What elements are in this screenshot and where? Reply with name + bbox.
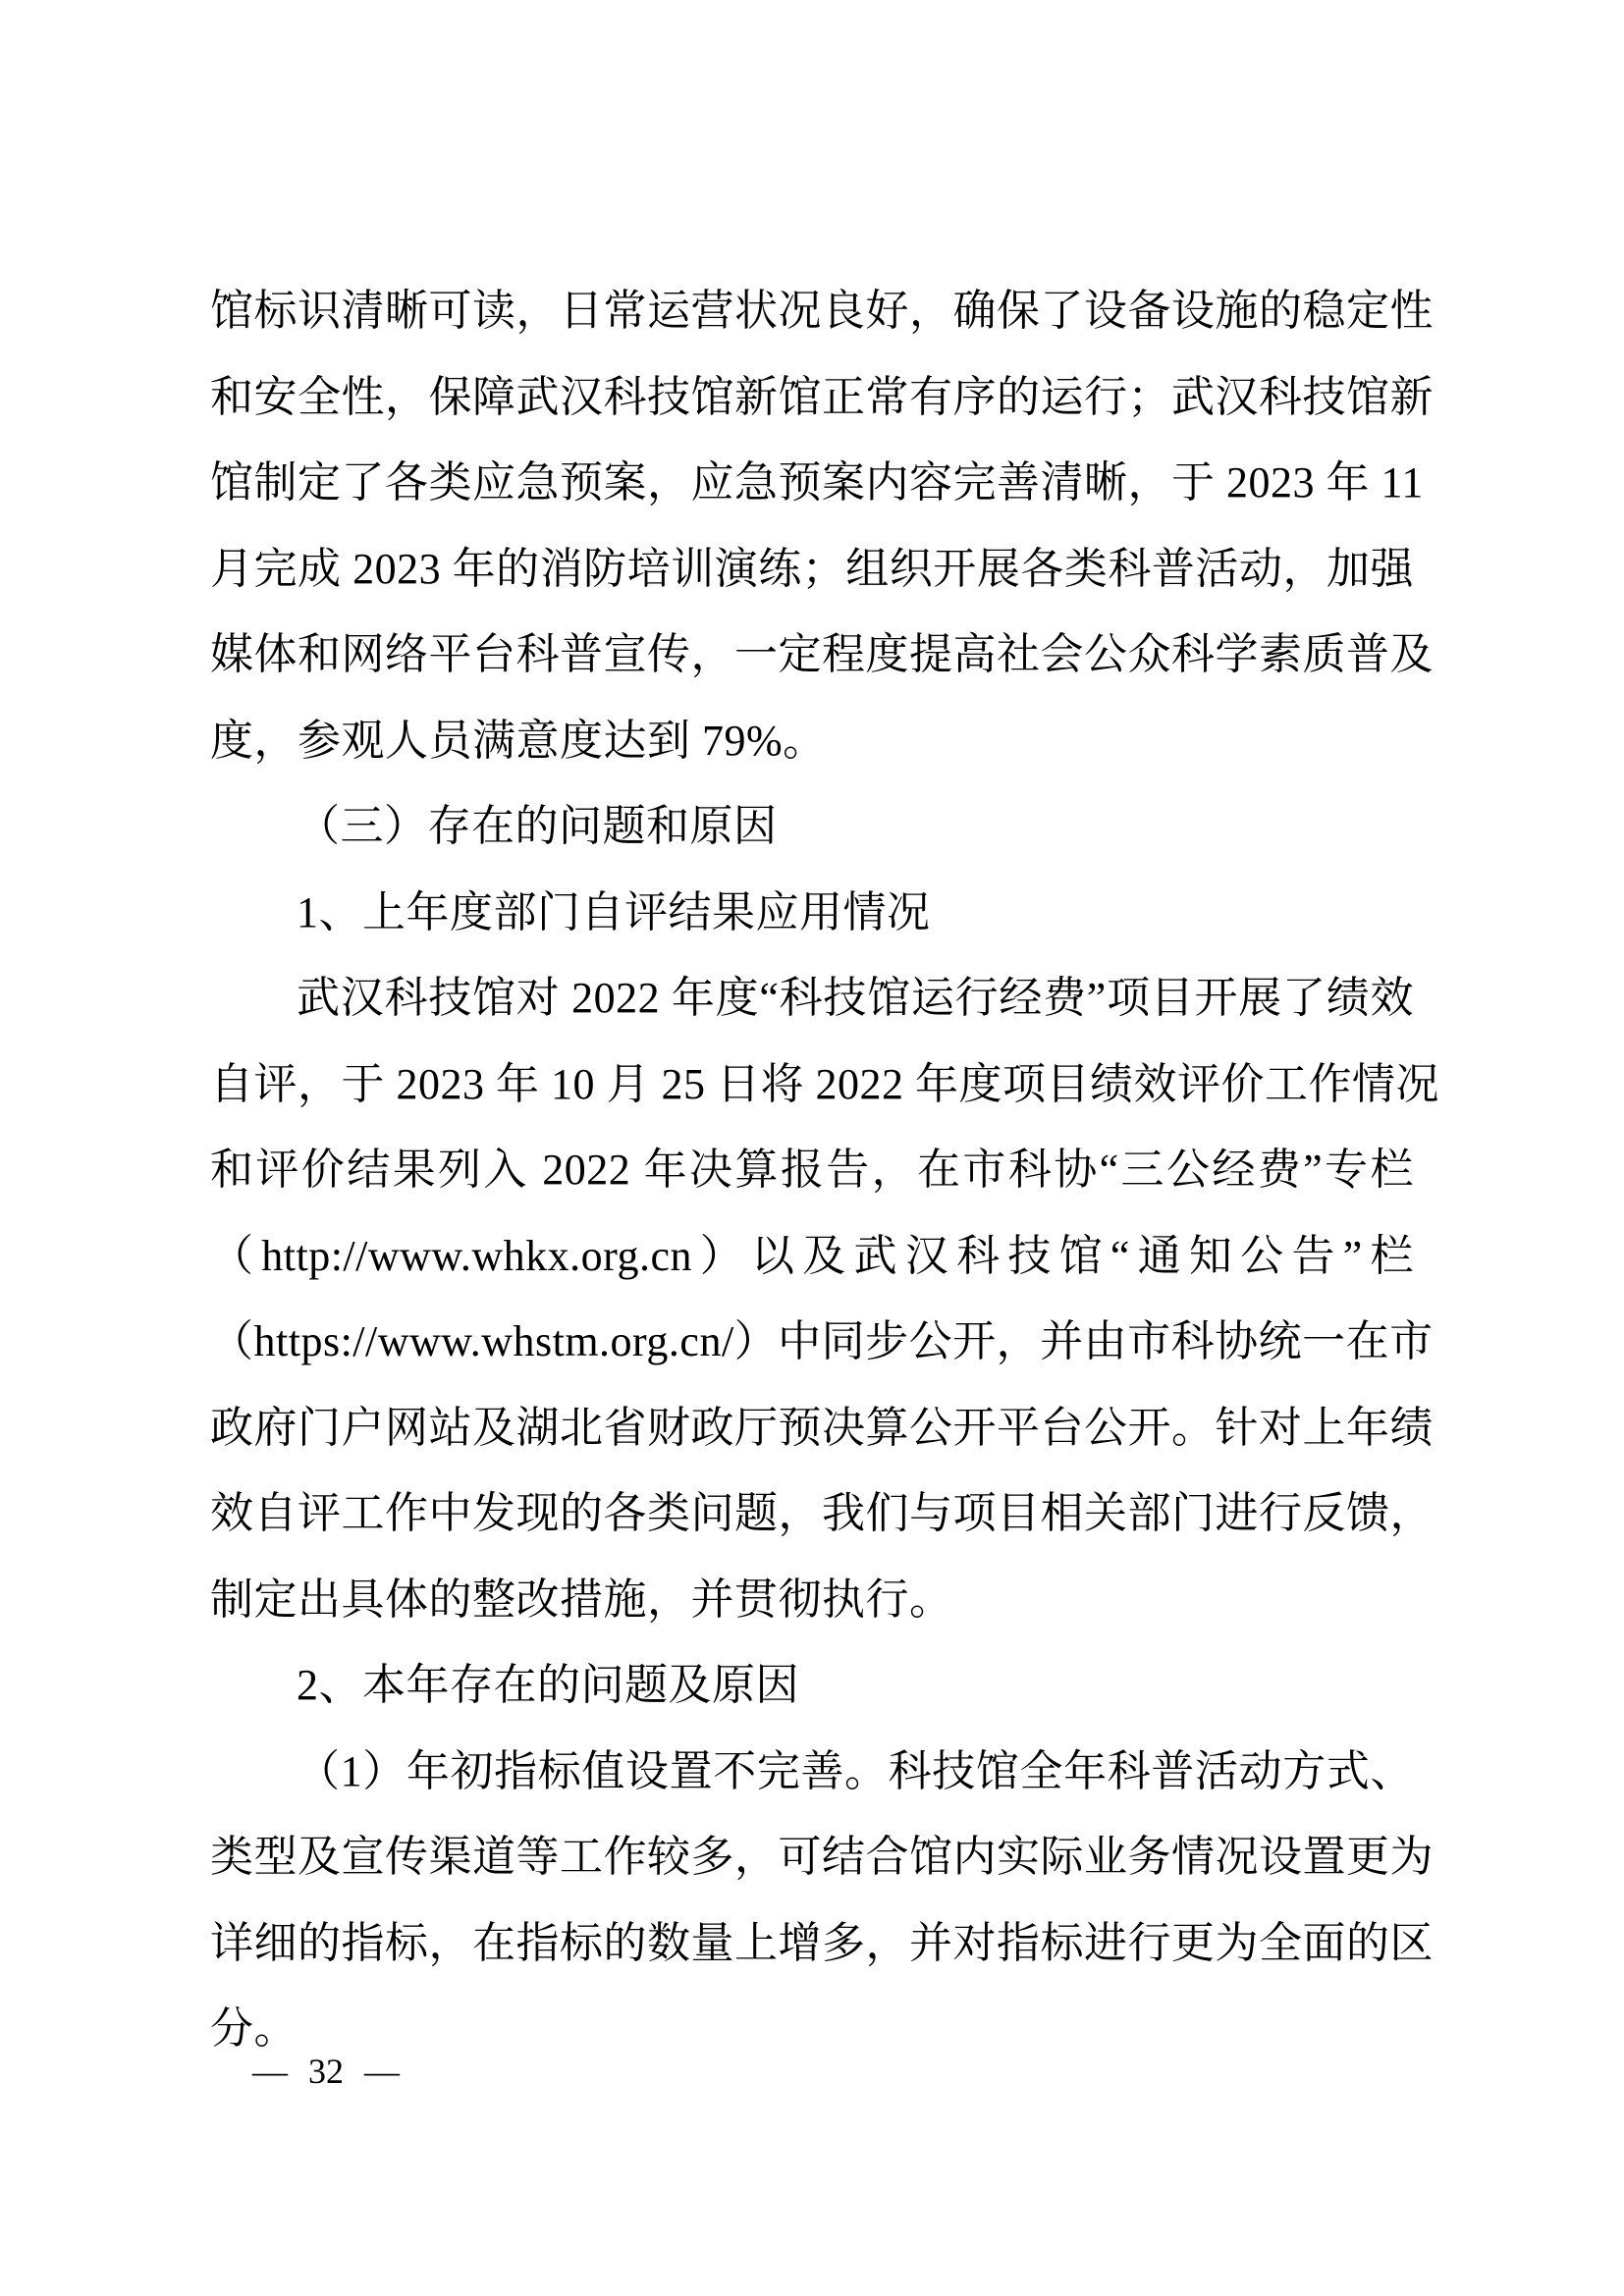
text-line-url: （http://www.whkx.org.cn）以及武汉科技馆“通知公告”栏 [210,1213,1414,1300]
text-line: 类型及宣传渠道等工作较多，可结合馆内实际业务情况设置更为 [210,1814,1414,1900]
text-line: 和安全性，保障武汉科技馆新馆正常有序的运行；武汉科技馆新 [210,354,1414,441]
section-heading: （三）存在的问题和原因 [210,783,1414,870]
subsection-heading: 1、上年度部门自评结果应用情况 [210,870,1414,956]
text-line: 馆标识清晰可读，日常运营状况良好，确保了设备设施的稳定性 [210,268,1414,354]
body-text-block: 馆标识清晰可读，日常运营状况良好，确保了设备设施的稳定性 和安全性，保障武汉科技… [210,268,1414,2072]
text-line: 自评，于 2023 年 10 月 25 日将 2022 年度项目绩效评价工作情况 [210,1041,1414,1128]
text-line: （1）年初指标值设置不完善。科技馆全年科普活动方式、 [210,1729,1414,1815]
document-page: 馆标识清晰可读，日常运营状况良好，确保了设备设施的稳定性 和安全性，保障武汉科技… [0,0,1624,2296]
subsection-heading: 2、本年存在的问题及原因 [210,1642,1414,1729]
text-line: 媒体和网络平台科普宣传，一定程度提高社会公众科学素质普及 [210,612,1414,698]
text-line: 度，参观人员满意度达到 79%。 [210,698,1414,784]
text-line: 馆制定了各类应急预案，应急预案内容完善清晰，于 2023 年 11 [210,440,1414,526]
text-line: 详细的指标，在指标的数量上增多，并对指标进行更为全面的区 [210,1900,1414,1987]
page-number: — 32 — [252,2050,400,2093]
text-line: 和评价结果列入 2022 年决算报告，在市科协“三公经费”专栏 [210,1127,1414,1213]
text-line: 政府门户网站及湖北省财政厅预决算公开平台公开。针对上年绩 [210,1385,1414,1471]
text-line: 武汉科技馆对 2022 年度“科技馆运行经费”项目开展了绩效 [210,955,1414,1041]
text-line: 制定出具体的整改措施，并贯彻执行。 [210,1557,1414,1643]
text-line-url: （https://www.whstm.org.cn/）中同步公开，并由市科协统一… [210,1299,1414,1385]
text-line: 月完成 2023 年的消防培训演练；组织开展各类科普活动，加强 [210,526,1414,613]
text-line: 效自评工作中发现的各类问题，我们与项目相关部门进行反馈， [210,1470,1414,1557]
